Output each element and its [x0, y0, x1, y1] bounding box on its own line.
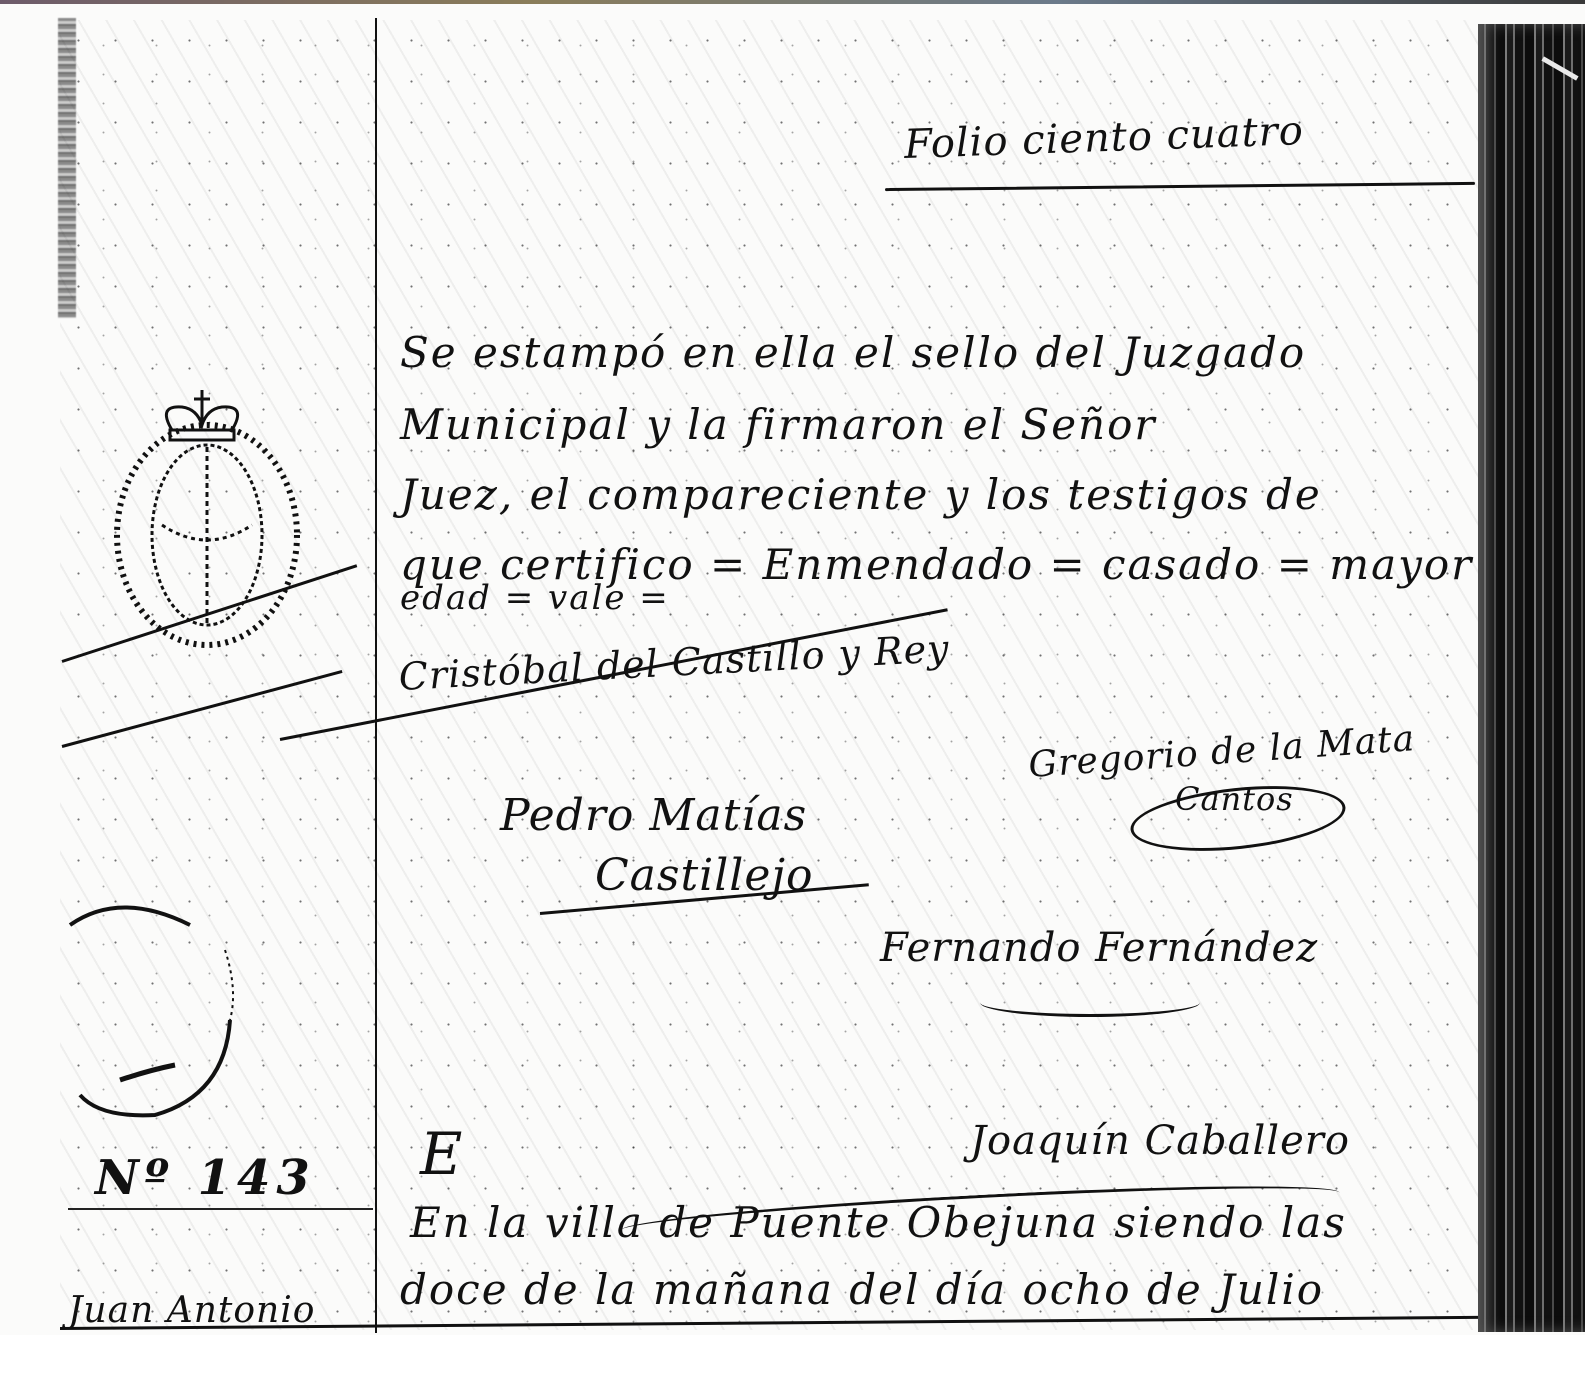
signature-witness-2: Fernando Fernández	[880, 925, 1318, 971]
body-line-5: edad = vale =	[400, 578, 670, 618]
body-line-1: Se estampó en ella el sello del Juzgado	[400, 328, 1306, 377]
signature-witness-1-surname: Cantos	[1175, 780, 1294, 818]
margin-name: Juan Antonio	[68, 1290, 315, 1331]
signature-witness-1: Gregorio de la Mata	[1027, 718, 1416, 786]
signature-secretary: Joaquín Caballero	[970, 1118, 1350, 1164]
margin-rule	[375, 18, 377, 1333]
entry-number: Nº 143	[95, 1150, 316, 1206]
scan-bottom-margin	[0, 1335, 1585, 1393]
document-page: Folio ciento cuatro Se estampó en ella e…	[0, 0, 1585, 1393]
folio-underline	[885, 182, 1475, 191]
body-line-2: Municipal y la firmaron el Señor	[400, 400, 1156, 449]
book-spine	[1478, 24, 1585, 1332]
round-seal-icon	[60, 880, 235, 1120]
next-entry-line-2: doce de la mañana del día ocho de Julio	[400, 1265, 1324, 1314]
scanner-top-edge	[0, 0, 1585, 4]
next-entry-initial: E	[420, 1120, 463, 1188]
folio-header: Folio ciento cuatro	[903, 108, 1304, 168]
margin-divider	[68, 1208, 373, 1210]
signature-declarant: Pedro Matías	[500, 790, 807, 841]
next-entry-line-1: En la villa de Puente Obejuna siendo las	[410, 1198, 1347, 1247]
signature-flourish	[980, 988, 1200, 1017]
body-line-3: Juez, el compareciente y los testigos de	[400, 470, 1322, 519]
page-left-edge	[58, 18, 76, 318]
